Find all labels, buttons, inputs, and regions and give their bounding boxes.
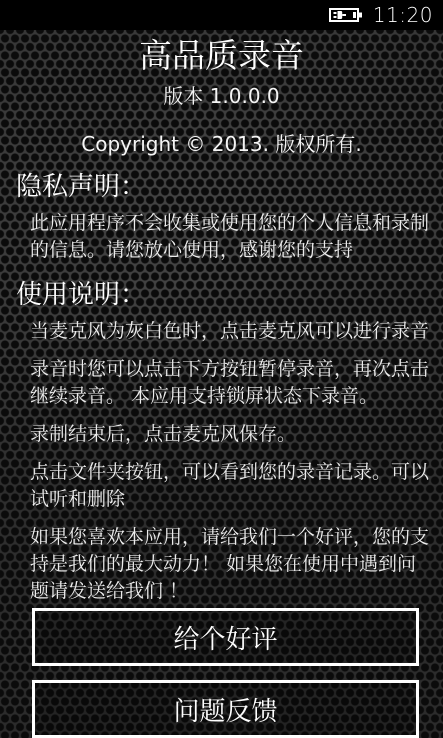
privacy-body: 此应用程序不会收集或使用您的个人信息和录制 的信息。请您放心使用，感谢您的支持	[30, 210, 435, 264]
privacy-section-heading: 隐私声明：	[16, 170, 443, 204]
status-bar: 11:20	[0, 0, 443, 30]
usage-paragraph-record: 当麦克风为灰白色时，点击麦克风可以进行录音	[30, 318, 435, 345]
usage-paragraph-save: 录制结束后，点击麦克风保存。	[30, 421, 435, 448]
page-title: 高品质录音	[0, 36, 443, 76]
feedback-button[interactable]: 问题反馈	[32, 680, 419, 738]
copyright-label: Copyright © 2013. 版权所有.	[0, 132, 443, 156]
rate-button[interactable]: 给个好评	[32, 608, 419, 666]
action-buttons: 给个好评 问题反馈	[32, 608, 419, 738]
status-time: 11:20	[373, 5, 433, 25]
battery-charging-icon	[328, 6, 364, 24]
usage-paragraph-rate: 如果您喜欢本应用，请给我们一个好评，您的支 持是我们的最大动力！ 如果您在使用中…	[30, 524, 435, 605]
version-label: 版本 1.0.0.0	[0, 84, 443, 108]
usage-paragraph-pause: 录音时您可以点击下方按钮暂停录音，再次点击 继续录音。 本应用支持锁屏状态下录音…	[30, 356, 435, 410]
usage-paragraph-folder: 点击文件夹按钮，可以看到您的录音记录。可以 试听和删除	[30, 459, 435, 513]
app-background: 高品质录音 版本 1.0.0.0 Copyright © 2013. 版权所有.…	[0, 30, 443, 738]
usage-section-heading: 使用说明：	[16, 278, 443, 312]
